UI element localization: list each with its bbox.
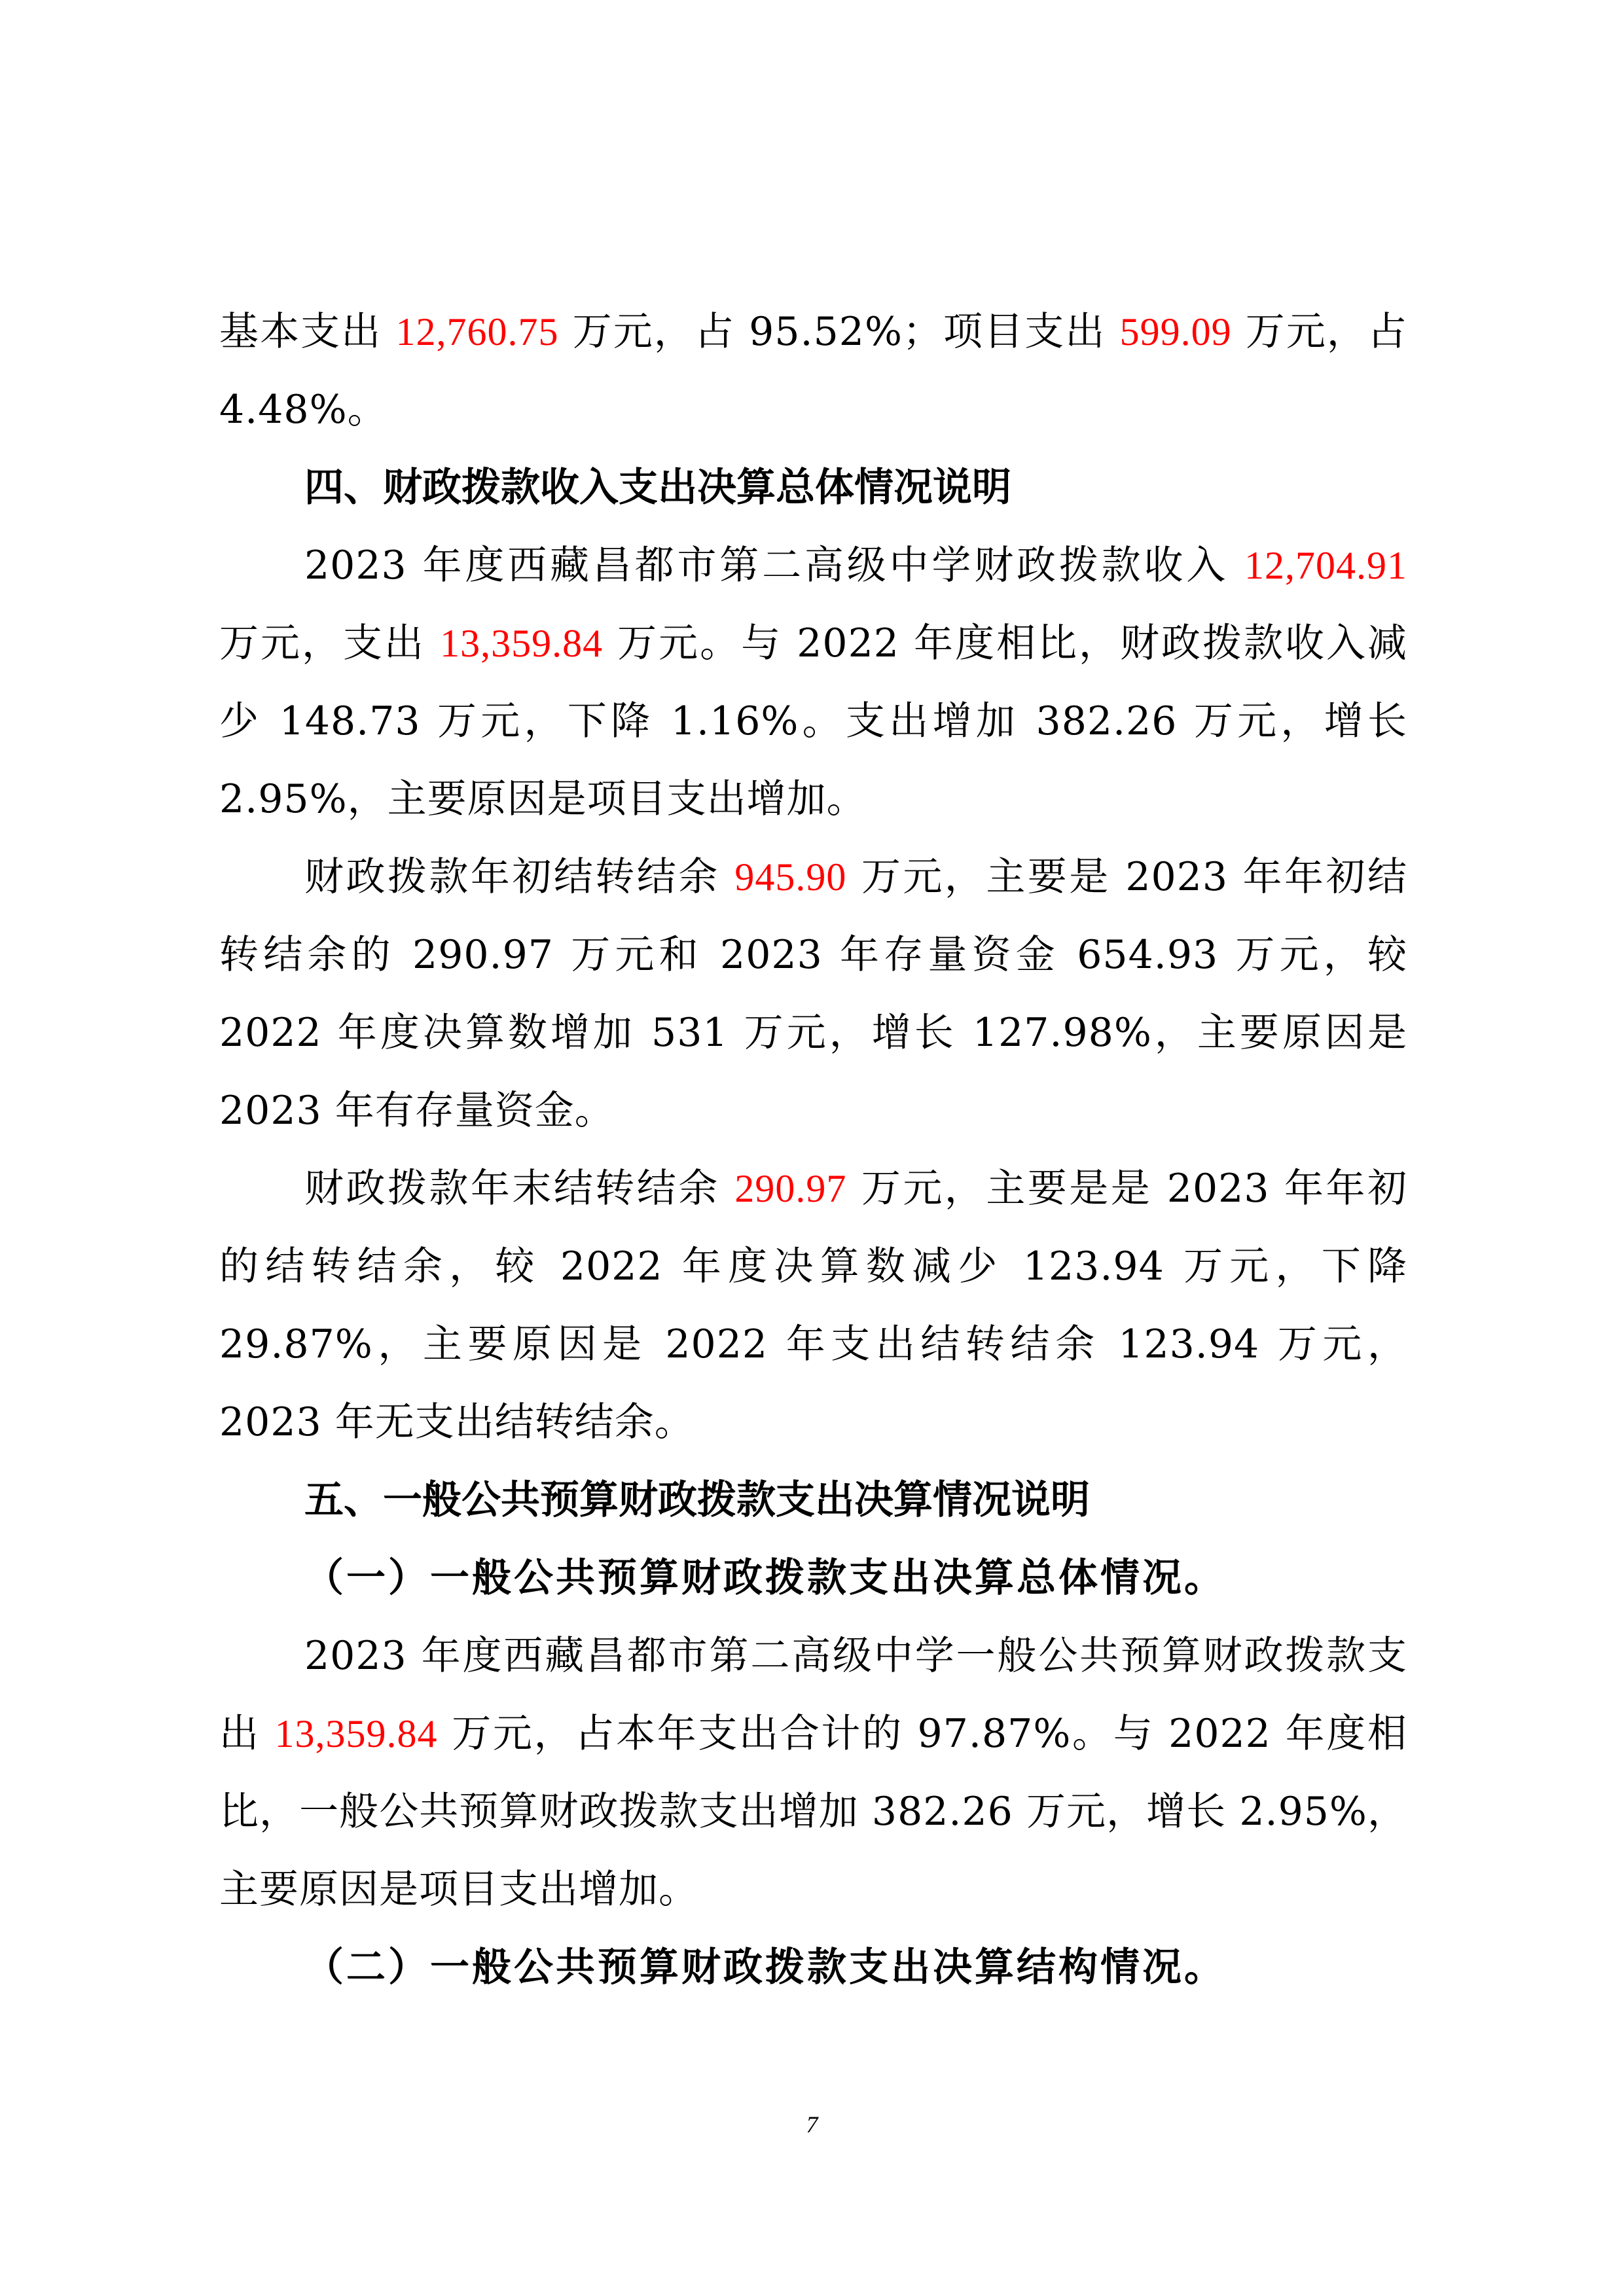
document-page: 基本支出 12,760.75 万元，占 95.52%；项目支出 599.09 万…	[219, 293, 1407, 2007]
paragraph-fiscal-income-expense: 2023 年度西藏昌都市第二高级中学财政拨款收入 12,704.91 万元，支出…	[219, 527, 1407, 838]
section-heading-4: 四、财政拨款收入支出决算总体情况说明	[219, 449, 1407, 527]
text-segment: 财政拨款年末结转结余	[304, 1166, 734, 1211]
text-segment: 财政拨款年初结转结余	[304, 854, 734, 900]
page-number: 7	[0, 2111, 1624, 2138]
highlighted-amount: 945.90	[734, 855, 846, 899]
paragraph-general-budget-expense: 2023 年度西藏昌都市第二高级中学一般公共预算财政拨款支出 13,359.84…	[219, 1617, 1407, 1929]
text-segment: 万元，占 95.52%；项目支出	[559, 309, 1120, 355]
subsection-heading-5-2: （二）一般公共预算财政拨款支出决算结构情况。	[219, 1929, 1407, 2007]
text-segment: 万元，支出	[219, 620, 440, 666]
section-heading-5: 五、一般公共预算财政拨款支出决算情况说明	[219, 1462, 1407, 1539]
highlighted-amount: 12,760.75	[396, 310, 559, 353]
subsection-heading-5-1: （一）一般公共预算财政拨款支出决算总体情况。	[219, 1539, 1407, 1617]
highlighted-amount: 290.97	[734, 1167, 846, 1210]
text-segment: 2023 年度西藏昌都市第二高级中学财政拨款收入	[304, 543, 1244, 588]
paragraph-basic-expense: 基本支出 12,760.75 万元，占 95.52%；项目支出 599.09 万…	[219, 293, 1407, 449]
highlighted-amount: 13,359.84	[274, 1712, 437, 1755]
paragraph-beginning-balance: 财政拨款年初结转结余 945.90 万元，主要是 2023 年年初结转结余的 2…	[219, 838, 1407, 1150]
text-segment: 基本支出	[219, 309, 396, 355]
highlighted-amount: 13,359.84	[440, 622, 603, 665]
paragraph-ending-balance: 财政拨款年末结转结余 290.97 万元，主要是是 2023 年年初的结转结余，…	[219, 1150, 1407, 1462]
highlighted-amount: 599.09	[1120, 310, 1232, 353]
highlighted-amount: 12,704.91	[1244, 544, 1407, 587]
